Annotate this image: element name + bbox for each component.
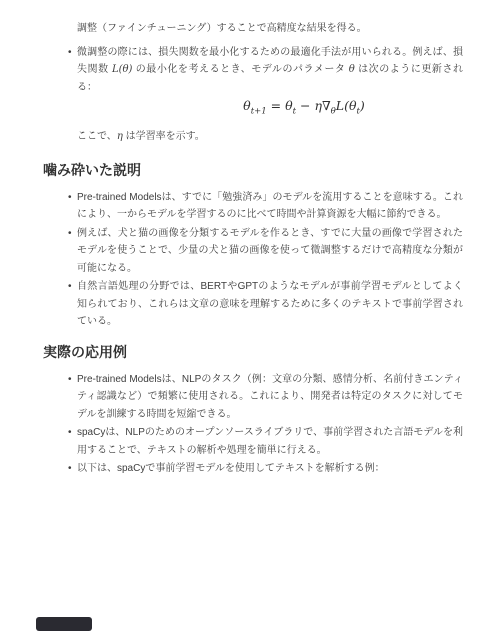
practical-examples-list: Pre-trained Modelsは、NLPのタスク（例：文章の分類、感情分析… <box>43 371 462 478</box>
list-item: Pre-trained Modelsは、NLPのタスク（例：文章の分類、感情分析… <box>77 371 463 424</box>
note-text: は学習率を示す。 <box>123 131 205 142</box>
inline-math-loss-function: L(θ) <box>112 64 132 75</box>
bullet-text: の最小化を考えるとき、モデルのパラメータ <box>132 64 348 75</box>
continuation-line: 調整（ファインチューニング）することで高精度な結果を得る。 <box>77 20 463 38</box>
formula-part: θ <box>243 98 251 113</box>
optimization-bullet-list: 微調整の際には、損失関数を最小化するための最適化手法が用いられる。例えば、損失関… <box>43 44 462 115</box>
section-heading-practical-examples: 実際の応用例 <box>43 343 462 362</box>
update-rule-formula: θt+1 = θt − η∇θL(θt) <box>111 96 495 114</box>
list-item: spaCyは、NLPのためのオープンソースライブラリで、事前学習された言語モデル… <box>77 424 463 459</box>
list-item: 例えば、犬と猫の画像を分類するモデルを作るとき、すでに大量の画像で学習されたモデ… <box>77 225 463 278</box>
formula-subscript: t+1 <box>251 107 267 117</box>
code-block-fragment <box>36 617 92 631</box>
document-content: 調整（ファインチューニング）することで高精度な結果を得る。 微調整の際には、損失… <box>0 0 495 478</box>
list-item: 自然言語処理の分野では、BERTやGPTのようなモデルが事前学習モデルとしてよく… <box>77 278 463 331</box>
list-item: Pre-trained Modelsは、すでに「勉強済み」のモデルを流用すること… <box>77 189 463 224</box>
list-item: 微調整の際には、損失関数を最小化するための最適化手法が用いられる。例えば、損失関… <box>77 44 463 115</box>
list-item: 以下は、spaCyで事前学習モデルを使用してテキストを解析する例： <box>77 460 463 478</box>
plain-explanation-list: Pre-trained Modelsは、すでに「勉強済み」のモデルを流用すること… <box>43 189 462 331</box>
learning-rate-note: ここで、η は学習率を示す。 <box>77 128 463 146</box>
section-heading-plain-explanation: 噛み砕いた説明 <box>43 161 462 180</box>
formula-part: ) <box>360 98 365 113</box>
formula-part: − η∇ <box>296 98 331 113</box>
formula-part: L(θ <box>336 98 357 113</box>
note-text: ここで、 <box>77 131 117 142</box>
document-page: 調整（ファインチューニング）することで高精度な結果を得る。 微調整の際には、損失… <box>0 0 495 640</box>
formula-part: = θ <box>267 98 293 113</box>
